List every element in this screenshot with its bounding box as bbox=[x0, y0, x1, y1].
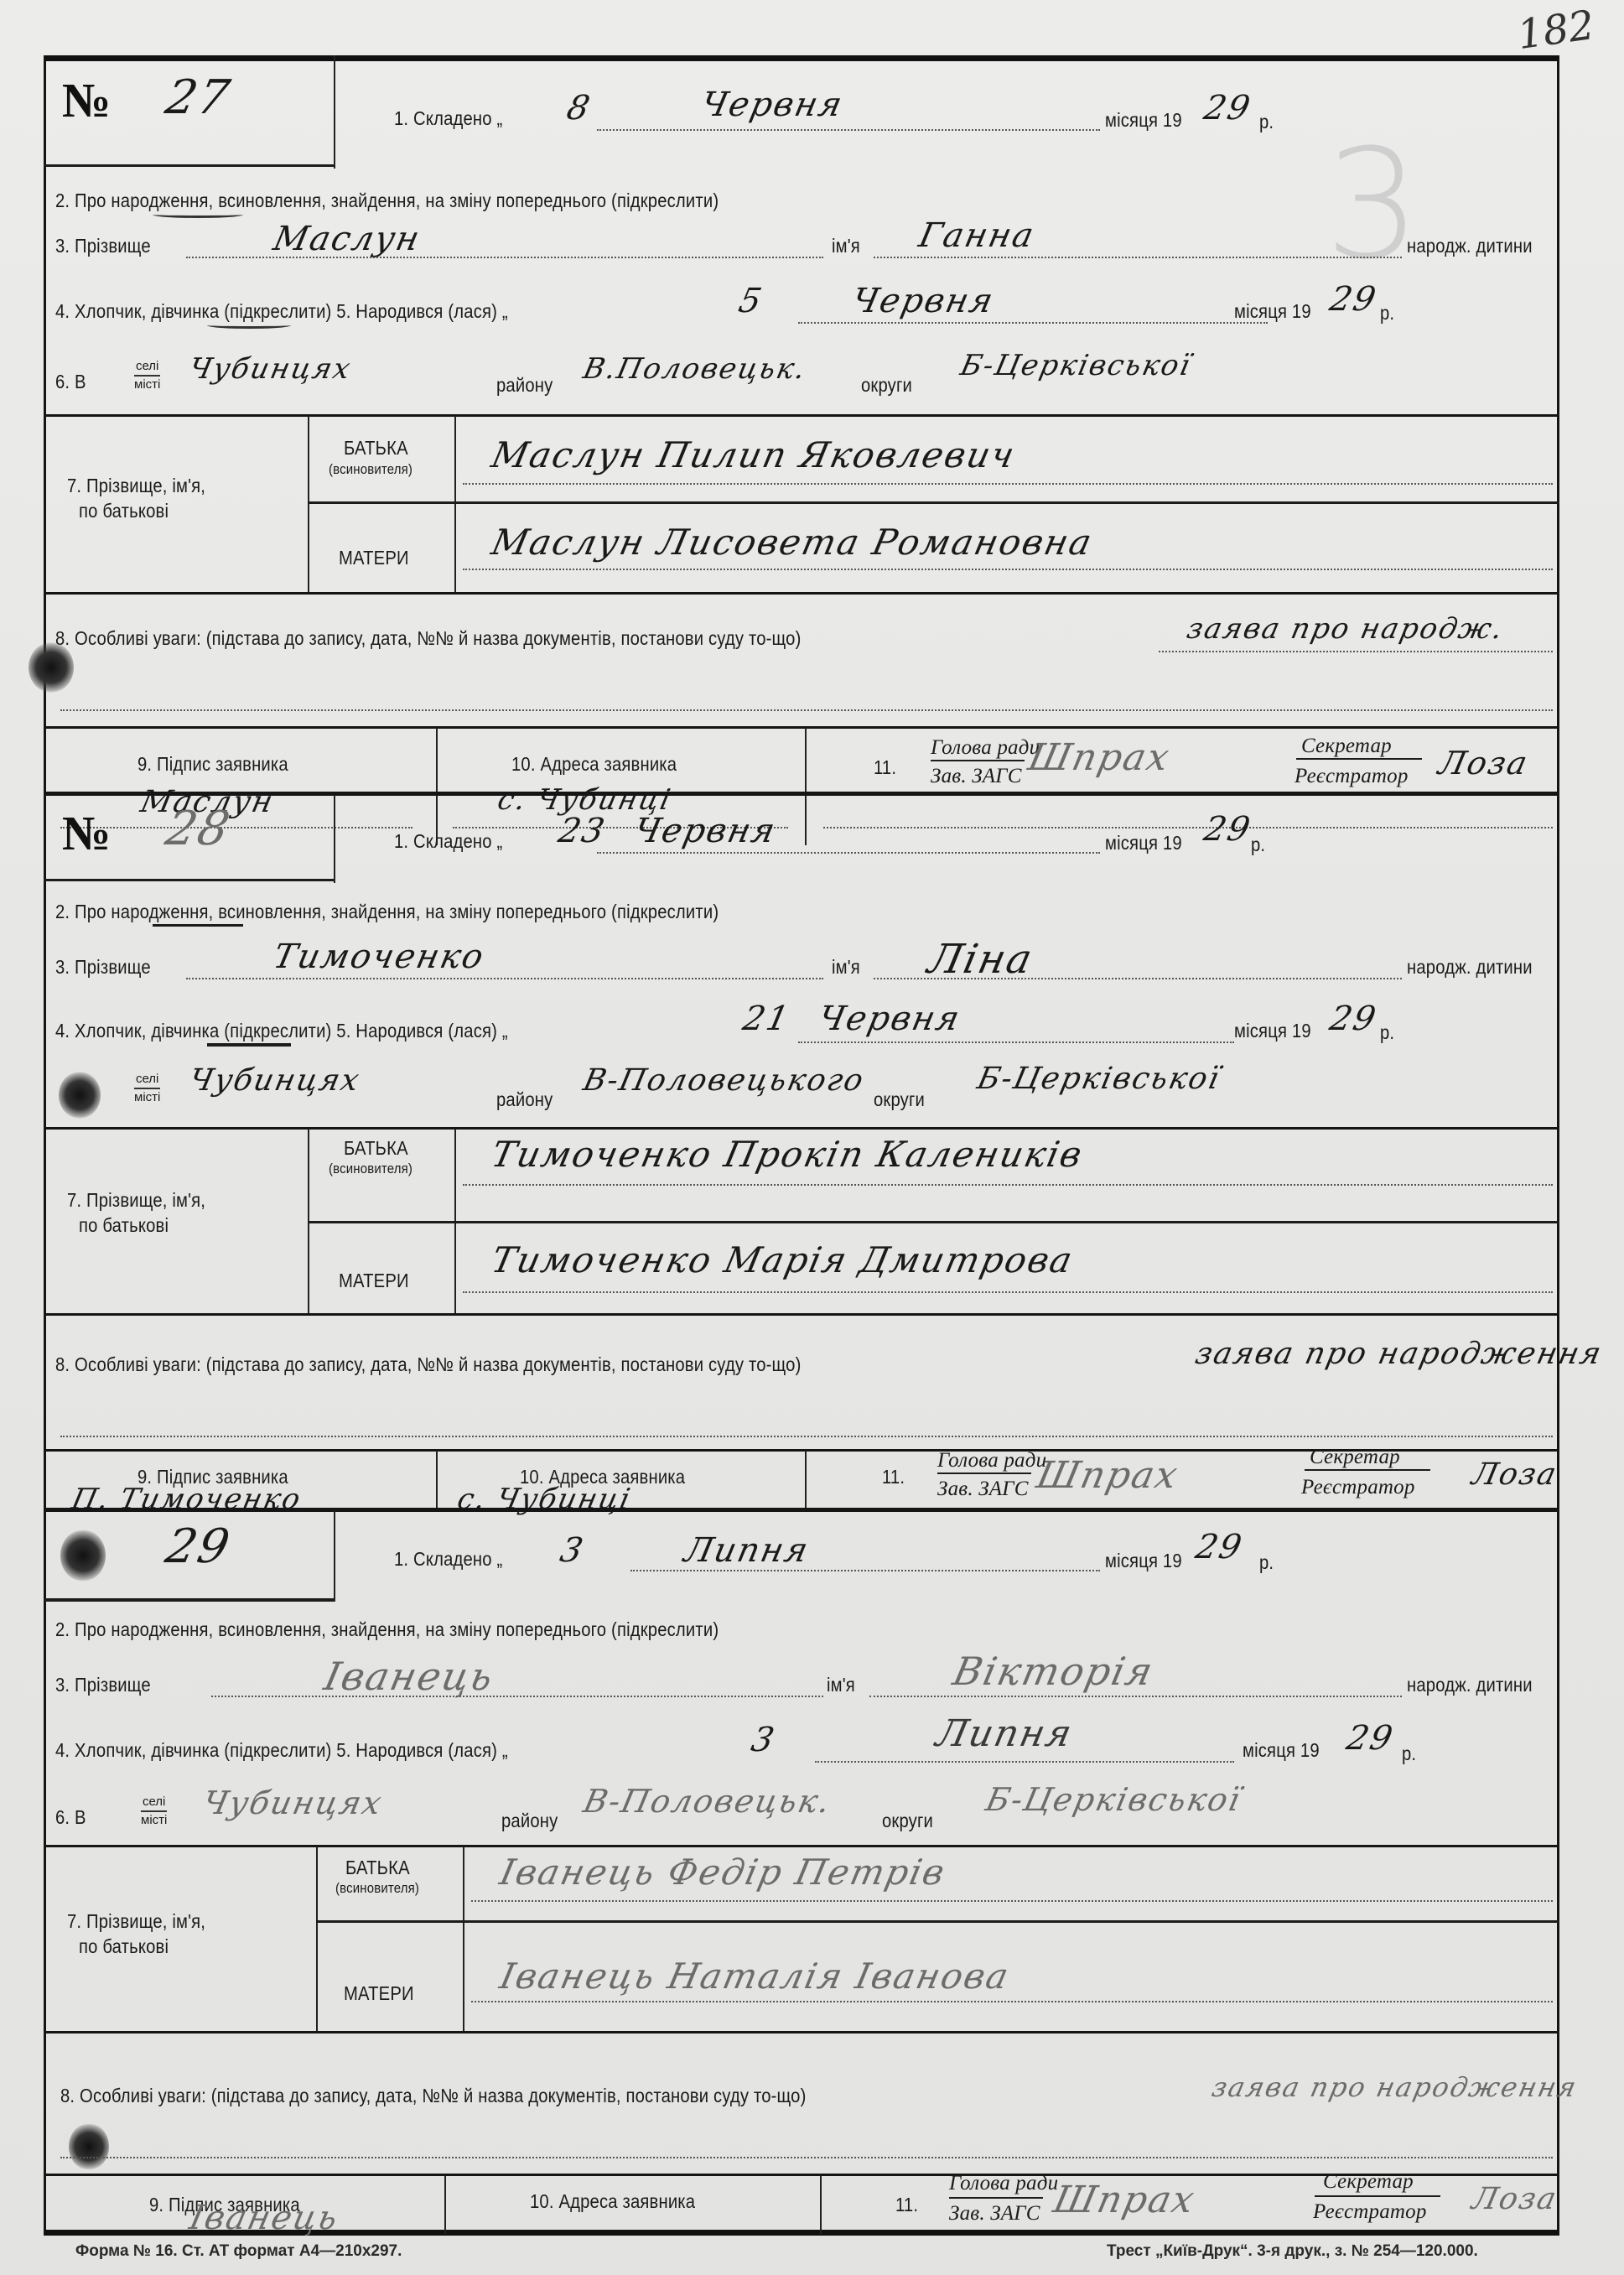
punch-hole bbox=[69, 2123, 109, 2170]
section-rule bbox=[44, 2031, 1559, 2033]
fraction-rule bbox=[949, 2197, 1043, 2199]
composed-day: 3 bbox=[557, 1531, 588, 1570]
dotted-line bbox=[798, 1041, 1234, 1043]
dotted-line bbox=[597, 852, 1100, 854]
field-2-label: 2. Про народження, всиновлення, знайденн… bbox=[55, 901, 719, 923]
fraction-rule bbox=[1315, 2195, 1440, 2197]
field-6-label: 6. В bbox=[55, 1806, 86, 1829]
number-box-rule bbox=[44, 1598, 334, 1602]
field-3-child-label: народж. дитини bbox=[1407, 956, 1533, 979]
divider bbox=[308, 416, 309, 592]
row-rule bbox=[316, 1920, 1559, 1923]
footer-printer-info: Трест „Київ-Друк“. 3-я друк., з. № 254—1… bbox=[1107, 2242, 1478, 2261]
section-rule bbox=[44, 414, 1559, 417]
secretary-label: Секретар bbox=[1323, 2170, 1414, 2194]
divider bbox=[436, 1451, 438, 1509]
dotted-line bbox=[471, 1900, 1553, 1902]
section-rule bbox=[44, 1845, 1559, 1847]
born-day: 21 bbox=[739, 1000, 794, 1038]
born-year-suffix: р. bbox=[1402, 1743, 1416, 1765]
born-year: 29 bbox=[1326, 1000, 1381, 1038]
district-value: В.Половецьк. bbox=[580, 352, 810, 386]
father-sub-label: (всиновителя) bbox=[335, 1880, 419, 1897]
village-label: селі bbox=[136, 1072, 158, 1086]
record-number: 29 bbox=[161, 1519, 236, 1574]
mother-label: МАТЕРИ bbox=[339, 547, 409, 569]
year-suffix: р. bbox=[1259, 111, 1274, 133]
section-rule bbox=[44, 1313, 1559, 1316]
village-town-fraction: селімісті bbox=[134, 1072, 160, 1105]
father-name: Іванець Федір Петрів bbox=[496, 1852, 950, 1893]
father-sub-label: (всиновителя) bbox=[329, 461, 412, 478]
born-day: 3 bbox=[748, 1721, 779, 1759]
born-month-label: місяця 19 bbox=[1234, 1020, 1311, 1042]
okrug-label: округи bbox=[874, 1088, 925, 1111]
month-label: місяця 19 bbox=[1105, 109, 1182, 132]
fraction-rule bbox=[937, 1473, 1031, 1474]
field-4-label: 4. Хлопчик, дівчинка (підкреслити) 5. На… bbox=[55, 1020, 508, 1042]
fraction-rule bbox=[931, 760, 1025, 761]
month-label: місяця 19 bbox=[1105, 832, 1182, 854]
number-box-divider bbox=[334, 795, 335, 883]
number-sign: № bbox=[62, 805, 111, 861]
district-label: району bbox=[496, 1088, 553, 1111]
child-first-name: Ганна bbox=[916, 216, 1039, 255]
dotted-line bbox=[471, 2001, 1553, 2002]
field-10-label: 10. Адреса заявника bbox=[511, 753, 677, 776]
field-11-label: 11. bbox=[874, 756, 896, 779]
field-3-child-label: народж. дитини bbox=[1407, 235, 1533, 257]
head-zags-label: Зав. ЗАГС bbox=[931, 765, 1022, 788]
mother-label: МАТЕРИ bbox=[344, 1982, 414, 2005]
divider bbox=[454, 416, 456, 592]
field-7b-label: по батькові bbox=[79, 500, 169, 522]
dotted-line bbox=[60, 2157, 1553, 2158]
secretary-label: Секретар bbox=[1301, 735, 1392, 758]
born-month-label: місяця 19 bbox=[1243, 1739, 1320, 1762]
row-rule bbox=[308, 1221, 1559, 1223]
head-signature: Шпрах bbox=[1025, 736, 1175, 779]
number-box-rule bbox=[44, 164, 334, 167]
child-surname: Іванець bbox=[320, 1654, 499, 1699]
dotted-line bbox=[463, 569, 1553, 570]
head-signature: Шпрах bbox=[1033, 1454, 1183, 1497]
field-1-label: 1. Складено „ bbox=[394, 107, 502, 130]
divider bbox=[316, 1846, 318, 2033]
record-29: 29 1. Складено „ 3 Липня місяця 19 29 р.… bbox=[44, 1511, 1559, 2236]
field-2-label: 2. Про народження, всиновлення, знайденн… bbox=[55, 1618, 719, 1641]
number-sign: № bbox=[62, 72, 111, 128]
divider bbox=[805, 1451, 807, 1509]
fraction-rule bbox=[1305, 1469, 1430, 1471]
record-number: 27 bbox=[161, 70, 236, 125]
remarks-value: заява про народження bbox=[1192, 1337, 1606, 1371]
field-2-label: 2. Про народження, всиновлення, знайденн… bbox=[55, 190, 719, 212]
okrug-label: округи bbox=[882, 1810, 933, 1832]
mother-name: Іванець Наталія Іванова bbox=[496, 1956, 1014, 1997]
punch-hole bbox=[29, 642, 74, 693]
dotted-line bbox=[60, 709, 1553, 711]
dotted-line bbox=[186, 257, 823, 258]
town-label: місті bbox=[141, 1813, 167, 1827]
remarks-value: заява про народження bbox=[1209, 2071, 1580, 2103]
dotted-line bbox=[463, 1184, 1553, 1186]
field-3-surname-label: 3. Прізвище bbox=[55, 1674, 151, 1696]
field-7-label: 7. Прізвище, ім'я, bbox=[67, 1910, 205, 1933]
field-7b-label: по батькові bbox=[79, 1935, 169, 1958]
district-label: району bbox=[496, 374, 553, 397]
born-year-suffix: р. bbox=[1380, 1021, 1394, 1044]
father-name: Маслун Пилип Яковлевич bbox=[488, 434, 1020, 475]
field-1-label: 1. Складено „ bbox=[394, 830, 502, 853]
village-label: селі bbox=[143, 1795, 165, 1809]
born-month: Липня bbox=[932, 1712, 1077, 1755]
field-3-surname-label: 3. Прізвище bbox=[55, 956, 151, 979]
composed-year: 29 bbox=[1201, 810, 1255, 849]
underline-mark bbox=[207, 322, 291, 329]
dotted-line bbox=[869, 1696, 1402, 1697]
field-8-label: 8. Особливі уваги: (підстава до запису, … bbox=[55, 1353, 802, 1376]
village-label: селі bbox=[136, 359, 158, 373]
composed-month: Липня bbox=[681, 1531, 813, 1570]
dotted-line bbox=[874, 978, 1402, 979]
field-3-surname-label: 3. Прізвище bbox=[55, 235, 151, 257]
field-8-label: 8. Особливі уваги: (підстава до запису, … bbox=[55, 627, 802, 650]
town-label: місті bbox=[134, 377, 160, 392]
head-signature: Шпрах bbox=[1050, 2179, 1200, 2221]
field-3-child-label: народж. дитини bbox=[1407, 1674, 1533, 1696]
composed-month: Червня bbox=[630, 812, 780, 850]
head-council-label: Голова ради bbox=[931, 736, 1040, 760]
dotted-line bbox=[211, 1696, 823, 1697]
record-number: 28 bbox=[161, 802, 236, 856]
composed-year: 29 bbox=[1192, 1528, 1247, 1566]
child-first-name: Вікторія bbox=[949, 1649, 1158, 1694]
field-8-label: 8. Особливі уваги: (підстава до запису, … bbox=[60, 2085, 807, 2107]
remarks-value: заява про народж. bbox=[1184, 612, 1507, 646]
field-3-name-label: ім'я bbox=[827, 1674, 855, 1696]
village-town-fraction: селімісті bbox=[141, 1795, 167, 1828]
mother-name: Тимоченко Марія Дмитрова bbox=[488, 1239, 1077, 1280]
year-suffix: р. bbox=[1251, 834, 1265, 856]
child-surname: Тимоченко bbox=[270, 938, 488, 976]
field-7-label: 7. Прізвище, ім'я, bbox=[67, 1189, 205, 1212]
district-value: В-Половецького bbox=[580, 1063, 868, 1098]
applicant-signature: Іванець bbox=[186, 2199, 342, 2237]
head-council-label: Голова ради bbox=[949, 2172, 1058, 2195]
mother-label: МАТЕРИ bbox=[339, 1270, 409, 1292]
father-label: БАТЬКА bbox=[345, 1857, 410, 1879]
born-month: Червня bbox=[848, 282, 998, 320]
field-11-label: 11. bbox=[882, 1466, 905, 1488]
child-surname: Маслун bbox=[270, 220, 424, 258]
month-label: місяця 19 bbox=[1105, 1550, 1182, 1572]
field-3-name-label: ім'я bbox=[832, 235, 860, 257]
dotted-line bbox=[463, 483, 1553, 485]
registrar-label: Реєстратор bbox=[1301, 1476, 1415, 1499]
okrug-value: Б-Церківської bbox=[983, 1781, 1245, 1818]
okrug-label: округи bbox=[861, 374, 912, 397]
father-name: Тимоченко Прокіп Калеників bbox=[488, 1134, 1087, 1175]
dotted-line bbox=[1159, 651, 1553, 652]
composed-year: 29 bbox=[1201, 89, 1255, 127]
number-box-divider bbox=[334, 1511, 335, 1602]
dotted-line bbox=[463, 1291, 1553, 1293]
field-1-label: 1. Складено „ bbox=[394, 1548, 502, 1571]
head-council-label: Голова ради bbox=[937, 1449, 1046, 1473]
field-6-label: 6. В bbox=[55, 371, 86, 393]
year-suffix: р. bbox=[1259, 1551, 1274, 1574]
head-zags-label: Зав. ЗАГС bbox=[949, 2202, 1040, 2226]
row-rule bbox=[308, 501, 1559, 504]
field-7-label: 7. Прізвище, ім'я, bbox=[67, 475, 205, 497]
dotted-line bbox=[186, 978, 823, 979]
number-box-rule bbox=[44, 879, 334, 881]
village-town-fraction: селімісті bbox=[134, 359, 160, 392]
born-year: 29 bbox=[1343, 1719, 1398, 1758]
father-label: БАТЬКА bbox=[344, 1137, 408, 1160]
dotted-line bbox=[597, 129, 1100, 131]
dotted-line bbox=[798, 322, 1268, 324]
field-11-label: 11. bbox=[895, 2194, 918, 2216]
field-3-name-label: ім'я bbox=[832, 956, 860, 979]
mother-name: Маслун Лисовета Романовна bbox=[488, 522, 1097, 563]
child-first-name: Ліна bbox=[924, 936, 1038, 983]
registrar-signature: Лоза bbox=[1469, 2182, 1561, 2216]
composed-month: Червня bbox=[698, 86, 847, 124]
section-rule bbox=[44, 592, 1559, 595]
fraction-rule bbox=[1296, 758, 1422, 760]
born-month: Червня bbox=[815, 1000, 964, 1038]
footer-form-info: Форма № 16. Ст. АТ формат А4—210x297. bbox=[75, 2242, 402, 2261]
registrar-signature: Лоза bbox=[1435, 745, 1532, 782]
town-label: місті bbox=[134, 1090, 160, 1104]
district-label: району bbox=[501, 1810, 558, 1832]
okrug-value: Б-Церківської bbox=[957, 349, 1195, 382]
father-sub-label: (всиновителя) bbox=[329, 1161, 412, 1177]
divider bbox=[463, 1846, 464, 2033]
registrar-signature: Лоза bbox=[1469, 1457, 1561, 1492]
field-10-label: 10. Адреса заявника bbox=[530, 2190, 695, 2213]
punch-hole bbox=[60, 1530, 106, 1582]
registrar-label: Реєстратор bbox=[1295, 765, 1409, 788]
born-year: 29 bbox=[1326, 280, 1381, 319]
village-value: Чубинцях bbox=[186, 352, 355, 386]
divider bbox=[444, 2175, 446, 2234]
number-box-divider bbox=[334, 55, 335, 169]
section-rule bbox=[44, 726, 1559, 729]
head-zags-label: Зав. ЗАГС bbox=[937, 1478, 1029, 1501]
underline-mark bbox=[153, 211, 243, 218]
born-month-label: місяця 19 bbox=[1234, 300, 1311, 323]
father-label: БАТЬКА bbox=[344, 437, 408, 460]
dotted-line bbox=[630, 1570, 1100, 1571]
field-4-label: 4. Хлопчик, дівчинка (підкреслити) 5. На… bbox=[55, 1739, 508, 1762]
record-28: № 28 1. Складено „ 23 Червня місяця 19 2… bbox=[44, 795, 1559, 1508]
field-4-label: 4. Хлопчик, дівчинка (підкреслити) 5. На… bbox=[55, 300, 508, 323]
underline-mark bbox=[207, 1043, 291, 1047]
underline-mark bbox=[153, 924, 243, 927]
section-rule bbox=[44, 1127, 1559, 1130]
field-7b-label: по батькові bbox=[79, 1214, 169, 1237]
punch-hole bbox=[59, 1072, 101, 1119]
born-day: 5 bbox=[735, 282, 766, 320]
registrar-label: Реєстратор bbox=[1313, 2200, 1427, 2224]
composed-day: 23 bbox=[555, 812, 610, 850]
village-value: Чубинцях bbox=[186, 1063, 364, 1098]
secretary-label: Секретар bbox=[1310, 1446, 1400, 1469]
okrug-value: Б-Церківської bbox=[974, 1062, 1223, 1096]
district-value: В-Половецьк. bbox=[580, 1783, 835, 1820]
field-9-label: 9. Підпис заявника bbox=[137, 753, 288, 776]
village-value: Чубинцях bbox=[200, 1784, 387, 1821]
divider bbox=[820, 2175, 822, 2234]
dotted-line bbox=[815, 1761, 1234, 1763]
record-27: № 27 1. Складено „ 8 Червня місяця 19 29… bbox=[44, 55, 1559, 793]
dotted-line bbox=[60, 1436, 1553, 1437]
composed-day: 8 bbox=[563, 89, 594, 127]
dotted-line bbox=[874, 257, 1402, 258]
born-year-suffix: р. bbox=[1380, 302, 1394, 325]
